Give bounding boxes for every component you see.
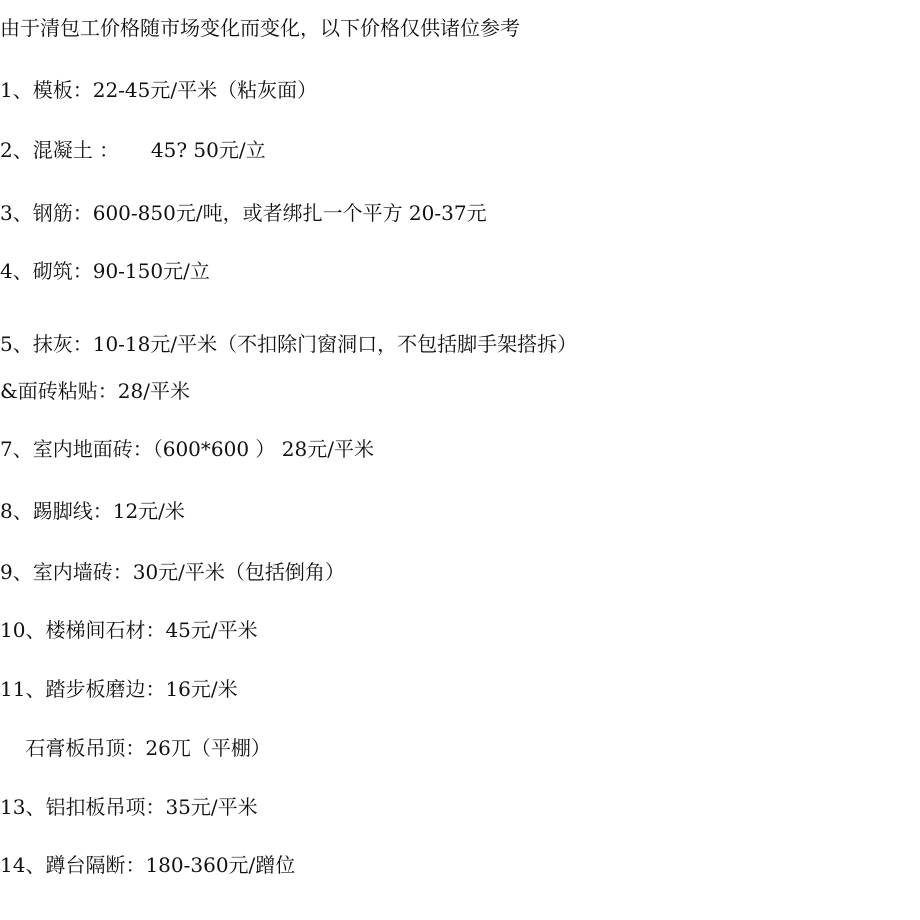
list-item: 8、踢脚线：12元/米 (0, 499, 185, 523)
list-item: 2、混凝土 ： 45? 50元/立 (0, 138, 266, 162)
list-item: 14、蹲台隔断：180-360元/蹭位 (0, 853, 295, 877)
list-item: 13、铝扣板吊项：35元/平米 (0, 795, 258, 819)
list-item: 9、室内墙砖：30元/平米（包括倒角） (0, 560, 345, 584)
list-item: 3、钢筋：600-850元/吨，或者绑扎一个平方 20-37元 (0, 201, 487, 225)
list-item: 5、抹灰：10-18元/平米（不扣除门窗洞口，不包括脚手架搭拆） (0, 332, 577, 356)
list-item: &面砖粘贴：28/平米 (0, 379, 190, 403)
intro-text: 由于清包工价格随市场变化而变化，以下价格仅供诸位参考 (0, 16, 520, 40)
list-item: 7、室内地面砖：（600*600 ） 28元/平米 (0, 437, 374, 461)
list-item: 4、砌筑：90-150元/立 (0, 259, 210, 283)
list-item: 10、楼梯间石材：45元/平米 (0, 618, 258, 642)
list-item: 11、踏步板磨边：16元/米 (0, 677, 238, 701)
list-item: 1、模板：22-45元/平米（粘灰面） (0, 78, 317, 102)
list-item: 石膏板吊顶：26兀（平棚） (0, 736, 271, 760)
